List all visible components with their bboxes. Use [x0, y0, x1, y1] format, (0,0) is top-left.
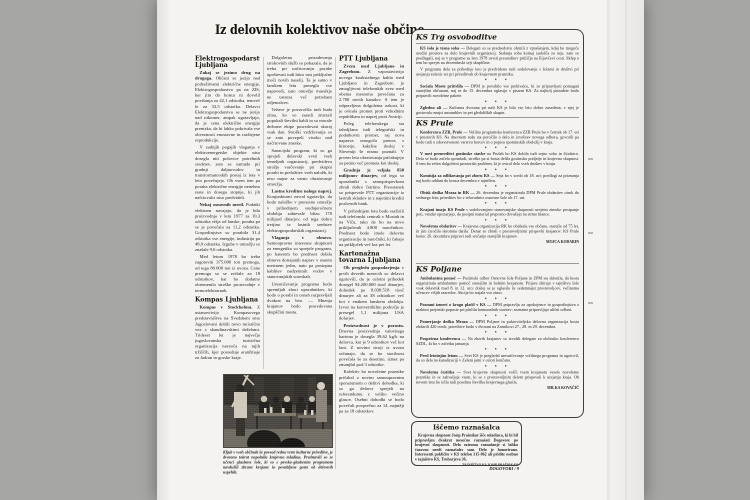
paragraph: Zakaj se jezimo drug na drugega. Občani …: [195, 70, 260, 143]
column-2: Dolgoletna prizadevanja strokovnih služb…: [267, 55, 332, 373]
scan-streak: [607, 0, 610, 500]
section-heading: Kartonažna tovarna Ljubljana: [339, 250, 404, 263]
column-divider: [335, 57, 336, 469]
stars-separator: * * *: [416, 314, 579, 319]
paragraph-lead: Zakaj se jezimo drug na drugega.: [195, 70, 260, 81]
signature: MOJCA KODARIN: [416, 240, 579, 244]
signature: MILKA KOVAČIČ: [416, 386, 579, 390]
paragraph: Proizvodnost je v porastu. Dnevna proizv…: [339, 323, 404, 368]
ks-section: KS PruleKonferenca ZZB, Prule — Volilno …: [416, 117, 579, 263]
paragraph: Sanacijski program, ki so ga sprejeli de…: [267, 148, 332, 187]
paragraph: Ambulantna pomoč — Pozimski odbor Osnovn…: [416, 276, 579, 296]
paragraph: Pred letošnjim letom — Svet KS je pregle…: [416, 353, 579, 363]
paragraph: Med letom 1978 bo treba zagotoviti 375.0…: [195, 254, 260, 293]
newspaper-page: Iz delovnih kolektivov naše občine Elekt…: [157, 0, 644, 500]
ks-section-heading: KS Poljane: [416, 265, 579, 274]
notice-box: Iščemo raznašalca Krajevna skupnost Josi…: [411, 421, 522, 466]
paragraph-lead: Novoletna obdaritev —: [420, 224, 463, 229]
paragraph-lead: Krajani imajo KS Prule: [420, 207, 466, 212]
paragraph-lead: Ambulantna pomoč —: [420, 276, 463, 281]
paragraph: Krajani imajo KS Prule s sodelovanjem st…: [416, 207, 579, 217]
paragraph: Poleg telefonskega sta izboljšana tudi t…: [339, 121, 404, 166]
paragraph-lead: Proizvodnost je v porastu.: [344, 323, 405, 328]
ks-section: KS PoljaneAmbulantna pomoč — Pozimski od…: [416, 263, 579, 416]
page-footer-text: DOGOVORI / 9: [489, 466, 519, 471]
paragraph: Lastne kreditne naloge naprej. Konjunktu…: [267, 189, 332, 234]
paragraph-lead: Poznani izmeri o krogu plačil v KS —: [420, 303, 493, 308]
paragraph-lead: Lastne kreditne naloge naprej.: [272, 189, 333, 194]
paragraph: Novoletna obdaritev — Krajevna organizac…: [416, 224, 579, 239]
paragraph: Gradnja je veljala 830 milijonov dinarje…: [339, 168, 404, 207]
paragraph-lead: Zgledno ali —: [420, 106, 449, 111]
paragraph-lead: Nekaj osnovnih meril.: [200, 202, 246, 207]
paragraph-lead: Sociala Moste pritrdila —: [420, 84, 471, 89]
paragraph: Ob pregledu gospodarjenja v prvih deveti…: [339, 265, 404, 321]
stars-separator: * * *: [416, 146, 579, 151]
paragraph-lead: Zveza med Ljubljano in Zagrebom.: [339, 64, 404, 75]
stars-separator: * * *: [416, 100, 579, 105]
notice-body: Krajevna skupnost Josip Prašnikar išče m…: [415, 433, 518, 462]
notice-heading: Iščemo raznašalca: [415, 424, 518, 432]
paragraph: V zadnjih pogajih vlaganja v elektroener…: [195, 145, 260, 201]
paragraph: Dolgoletna prizadevanja strokovnih služb…: [267, 55, 332, 105]
paragraph: Konferenca ZZB, Prule — Volilno programs…: [416, 130, 579, 145]
stars-separator: * * *: [416, 78, 579, 83]
paragraph-lead: Konferenca ZZB, Prule —: [420, 130, 469, 135]
registration-tick: [588, 302, 593, 304]
paragraph: V programu dela za prihodnje leto je pre…: [416, 67, 579, 77]
stars-separator: * * *: [416, 364, 579, 369]
paragraph: Kompas v Stockholmu. Z ustanovitvijo Kom…: [195, 304, 260, 360]
paragraph: Sociala Moste pritrdila — DPM je povabil…: [416, 84, 579, 99]
paragraph: V prihodnjem letu bodo razširili tudi te…: [339, 208, 404, 247]
paragraph: Nekaj osnovnih meril. Podatki elektrarn …: [195, 202, 260, 252]
column-1: Elektrogospodarstvo LjubljanaZakaj se je…: [195, 55, 260, 373]
paragraph: Zgledno ali — Kulturna dvorana pri naši …: [416, 106, 579, 116]
stars-separator: * * *: [416, 331, 579, 336]
paragraph: Komisija za odlikovanja pri zboru KS — S…: [416, 174, 579, 184]
paragraph: KS šola je tesna soba — Delegati so se p…: [416, 46, 579, 66]
paragraph: Pospešena konferenca — Na zborih krajano…: [416, 336, 579, 346]
classroom-photo-image: [224, 375, 332, 447]
section-heading: Kompas Ljubljana: [195, 296, 260, 303]
column-3: PTT LjubljanaZveza med Ljubljano in Zagr…: [339, 55, 404, 475]
paragraph-lead: Komisija za odlikovanja pri zboru KS —: [420, 174, 496, 179]
paragraph: Težave je povzročila tudi huda zima, ko …: [267, 107, 332, 146]
scan-streak: [625, 0, 627, 500]
paragraph-lead: Pomerjanje dedka Mraza —: [420, 320, 476, 325]
paragraph-lead: Novoletna čestitka —: [420, 370, 463, 375]
ks-section-heading: KS Trg osvoboditve: [416, 33, 579, 44]
section-heading: Elektrogospodarstvo Ljubljana: [195, 55, 260, 68]
ks-news-box: KS Trg osvoboditveKS šola je tesna soba …: [411, 29, 584, 418]
paragraph: Poznani izmeri o krogu plačil v KS — DPM…: [416, 303, 579, 313]
stars-separator: * * *: [416, 218, 579, 223]
photo-caption: Kljub v vseh občinah že povsod redno vrs…: [223, 450, 333, 476]
paragraph-lead: Pred letošnjim letom —: [420, 353, 464, 358]
paragraph: Obisk dedka Mraza in RK — 26. decembra j…: [416, 190, 579, 200]
paragraph-lead: V novi preureditvi gostinske stavbe: [420, 152, 487, 157]
stars-separator: * * *: [416, 168, 579, 173]
ks-section-heading: KS Prule: [416, 119, 579, 128]
stars-separator: * * *: [416, 202, 579, 207]
paragraph-lead: Gradnja je veljala 830 milijonov dinarje…: [339, 168, 404, 179]
paragraph: Kolektiv bo novoletne praznike pričakal …: [339, 369, 404, 414]
photo-caption-text: Kljub v vseh občinah že povsod redno vrs…: [223, 450, 333, 475]
paragraph: Vlaganja v obnovo. Samoupravne interesne…: [267, 235, 332, 280]
paragraph: Zveza med Ljubljano in Zagrebom. Z vzpos…: [339, 64, 404, 120]
registration-tick: [588, 158, 593, 160]
section-heading: PTT Ljubljana: [339, 55, 404, 62]
paragraph: Pomerjanje dedka Mraza — DPM Poljane in …: [416, 320, 579, 330]
paragraph-lead: Kompas v Stockholmu.: [200, 304, 258, 309]
stars-separator: * * *: [416, 348, 579, 353]
page-title: Iz delovnih kolektivov naše občine: [215, 23, 424, 38]
paragraph-lead: Obisk dedka Mraza in RK —: [420, 190, 476, 195]
paragraph: Novoletna čestitka — Svet krajevne skupn…: [416, 370, 579, 385]
stars-separator: * * *: [416, 297, 579, 302]
stars-separator: * * *: [416, 185, 579, 190]
registration-tick: [588, 232, 593, 234]
column-divider: [263, 57, 264, 369]
paragraph: V novi preureditvi gostinske stavbe na P…: [416, 152, 579, 167]
paragraph-lead: Vlaganja v obnovo.: [272, 235, 333, 240]
ks-section: KS Trg osvoboditveKS šola je tesna soba …: [416, 33, 579, 117]
paragraph-lead: Ob pregledu gospodarjenja: [344, 265, 402, 270]
page-footer: DOGOVORI / 9: [447, 466, 519, 476]
paragraph: Uresničevanje programa bodo spremljali z…: [267, 281, 332, 315]
paragraph-lead: KS šola je tesna soba —: [420, 46, 466, 51]
paragraph-lead: Pospešena konferenca —: [420, 336, 468, 341]
photo-classroom: [223, 374, 333, 448]
